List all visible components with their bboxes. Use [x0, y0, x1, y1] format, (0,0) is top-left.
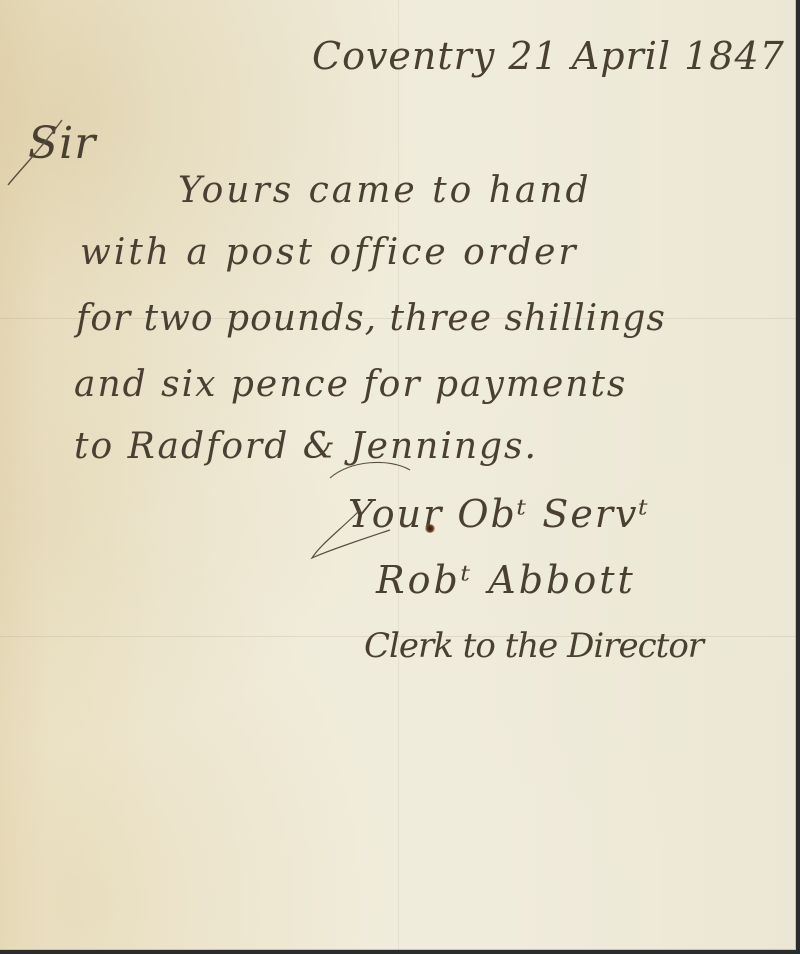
body-line-3: for two pounds, three shillings	[76, 298, 666, 339]
body-line-5: to Radford & Jennings.	[74, 426, 538, 467]
body-line-4: and six pence for payments	[74, 364, 627, 405]
signatory-title: Clerk to the Director	[364, 626, 703, 666]
ink-blot	[425, 524, 435, 533]
dateline: Coventry 21 April 1847	[312, 34, 785, 78]
jennings-flourish	[320, 450, 440, 500]
closing-flourish	[300, 500, 420, 570]
salutation-flourish	[0, 100, 120, 200]
letter-page: Coventry 21 April 1847 Sir Yours came to…	[0, 0, 796, 950]
body-line-2: with a post office order	[80, 232, 579, 273]
body-line-1: Yours came to hand	[178, 170, 592, 211]
